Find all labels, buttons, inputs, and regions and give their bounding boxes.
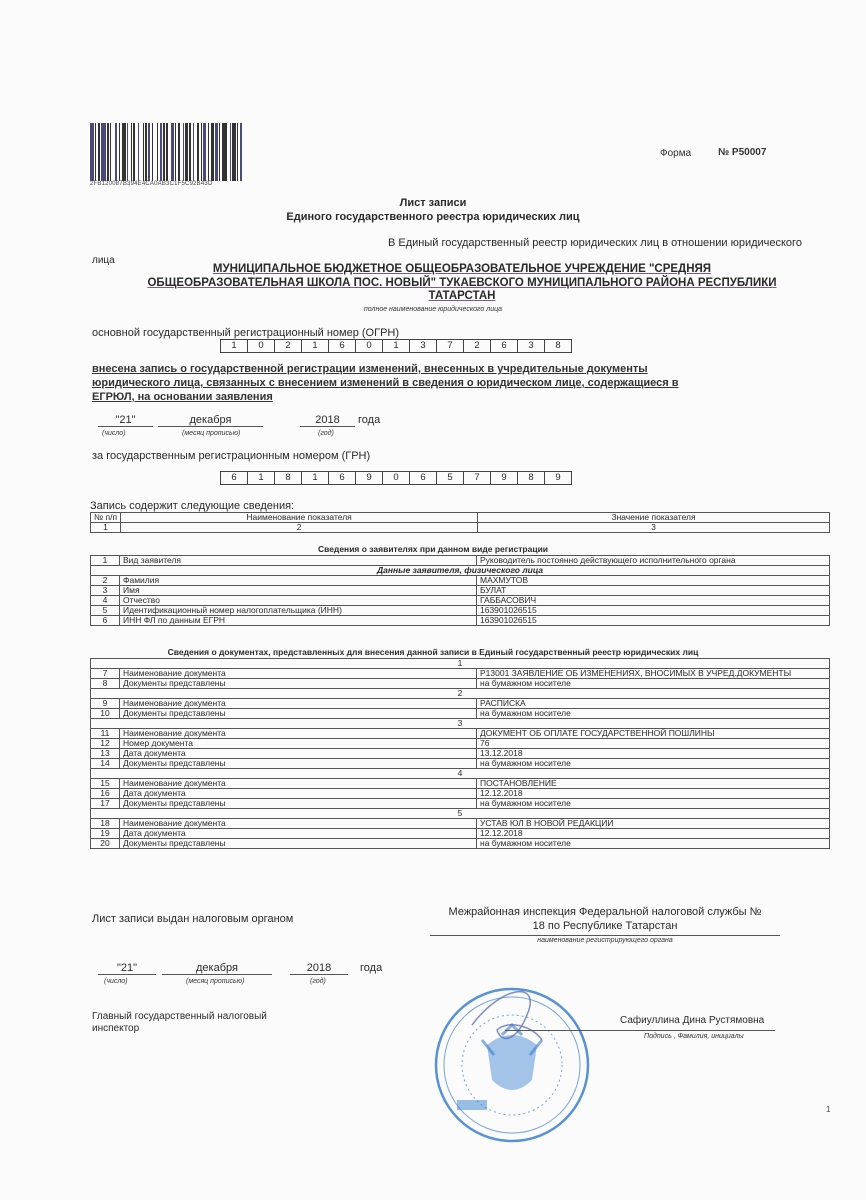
digit-cell: 6 xyxy=(329,340,356,352)
table-row: 19Дата документа12.12.2018 xyxy=(91,829,830,839)
entity-name-caption: полное наименование юридического лица xyxy=(0,306,866,313)
row-value: ДОКУМЕНТ ОБ ОПЛАТЕ ГОСУДАРСТВЕННОЙ ПОШЛИ… xyxy=(477,729,830,739)
digit-cell: 6 xyxy=(491,340,518,352)
row-number: 13 xyxy=(91,749,120,759)
registration-statement: внесена запись о государственной регистр… xyxy=(92,362,752,404)
row-name: Документы представлены xyxy=(120,759,477,769)
digit-cell: 1 xyxy=(221,340,248,352)
digit-cell: 7 xyxy=(464,472,491,484)
signatory-name: Сафиуллина Дина Рустямовна xyxy=(620,1015,764,1026)
row-name: Имя xyxy=(120,586,477,596)
header-table: № п/п Наименование показателя Значение п… xyxy=(90,512,830,533)
digit-cell: 6 xyxy=(329,472,356,484)
table-row: 10Документы представленына бумажном носи… xyxy=(91,709,830,719)
row-name: Наименование документа xyxy=(120,699,477,709)
row-name: Документы представлены xyxy=(120,709,477,719)
row-value: 12.12.2018 xyxy=(477,789,830,799)
issued-by-label: Лист записи выдан налоговым органом xyxy=(92,913,293,925)
issue-month: декабря xyxy=(162,962,272,975)
row-name: Дата документа xyxy=(120,829,477,839)
table-row: 2ФамилияМАХМУТОВ xyxy=(91,576,830,586)
table-row: 16Дата документа12.12.2018 xyxy=(91,789,830,799)
row-value: 13.12.2018 xyxy=(477,749,830,759)
col-name-index: 2 xyxy=(121,523,478,533)
table-row: 17Документы представленына бумажном носи… xyxy=(91,799,830,809)
document-subtitle: Единого государственного реестра юридиче… xyxy=(0,211,866,223)
row-name: Наименование документа xyxy=(120,729,477,739)
form-number: № Р50007 xyxy=(718,147,766,158)
year-caption: (год) xyxy=(318,430,334,437)
row-number: 17 xyxy=(91,799,120,809)
group-row: 3 xyxy=(91,719,830,729)
document-group-number: 5 xyxy=(91,809,830,819)
table-row: 14Документы представленына бумажном носи… xyxy=(91,759,830,769)
row-number: 14 xyxy=(91,759,120,769)
table-row: 3ИмяБУЛАТ xyxy=(91,586,830,596)
row-number: 19 xyxy=(91,829,120,839)
row-number: 3 xyxy=(91,586,120,596)
statement-line3: ЕГРЮЛ, на основании заявления xyxy=(92,390,752,404)
row-number: 1 xyxy=(91,556,120,566)
grn-digits: 6181690657989 xyxy=(220,471,572,485)
digit-cell: 8 xyxy=(518,472,545,484)
intro-text: В Единый государственный реестр юридичес… xyxy=(388,237,802,249)
record-year-suffix: года xyxy=(358,414,380,426)
authority-line2: 18 по Республике Татарстан xyxy=(430,919,780,933)
document-group-number: 1 xyxy=(91,659,830,669)
row-name: ИНН ФЛ по данным ЕГРН xyxy=(120,616,477,626)
row-value: на бумажном носителе xyxy=(477,839,830,849)
month-caption: (месяц прописью) xyxy=(182,430,240,437)
statement-line1: внесена запись о государственной регистр… xyxy=(92,362,752,376)
signature-caption: Подпись , Фамилия, инициалы xyxy=(644,1033,744,1040)
group-row: 4 xyxy=(91,769,830,779)
row-name: Наименование документа xyxy=(120,779,477,789)
col-number-index: 1 xyxy=(91,523,121,533)
digit-cell: 1 xyxy=(302,340,329,352)
digit-cell: 7 xyxy=(437,340,464,352)
applicants-section-title: Сведения о заявителях при данном виде ре… xyxy=(0,544,866,554)
row-value: 12.12.2018 xyxy=(477,829,830,839)
digit-cell: 3 xyxy=(410,340,437,352)
table-row: 8Документы представленына бумажном носит… xyxy=(91,679,830,689)
row-value: на бумажном носителе xyxy=(477,759,830,769)
table-row: 11Наименование документаДОКУМЕНТ ОБ ОПЛА… xyxy=(91,729,830,739)
row-name: Отчество xyxy=(120,596,477,606)
entity-name-line3: ТАТАРСТАН xyxy=(429,290,496,302)
row-number: 4 xyxy=(91,596,120,606)
ogrn-digits: 1021601372638 xyxy=(220,339,572,353)
digit-cell: 9 xyxy=(491,472,518,484)
record-month: декабря xyxy=(158,414,263,427)
row-name: Идентификационный номер налогоплательщик… xyxy=(120,606,477,616)
digit-cell: 2 xyxy=(275,340,302,352)
grn-label: за государственным регистрационным номер… xyxy=(92,450,370,462)
issue-month-caption: (месяц прописью) xyxy=(186,978,244,985)
entity-name: МУНИЦИПАЛЬНОЕ БЮДЖЕТНОЕ ОБЩЕОБРАЗОВАТЕЛЬ… xyxy=(92,263,832,304)
row-name: Номер документа xyxy=(120,739,477,749)
row-value: МАХМУТОВ xyxy=(477,576,830,586)
row-number: 5 xyxy=(91,606,120,616)
document-title: Лист записи xyxy=(0,197,866,209)
digit-cell: 0 xyxy=(248,340,275,352)
digit-cell: 1 xyxy=(248,472,275,484)
group-row: 5 xyxy=(91,809,830,819)
row-number: 11 xyxy=(91,729,120,739)
inspector-title: Главный государственный налоговый инспек… xyxy=(92,1011,292,1035)
row-number: 7 xyxy=(91,669,120,679)
row-value: ПОСТАНОВЛЕНИЕ xyxy=(477,779,830,789)
row-number: 18 xyxy=(91,819,120,829)
row-name: Дата документа xyxy=(120,789,477,799)
group-row: 1 xyxy=(91,659,830,669)
row-name: Фамилия xyxy=(120,576,477,586)
barcode xyxy=(90,123,285,181)
issue-year-suffix: года xyxy=(360,962,382,974)
digit-cell: 9 xyxy=(545,472,571,484)
barcode-module xyxy=(240,123,241,181)
digit-cell: 1 xyxy=(302,472,329,484)
row-name: Наименование документа xyxy=(120,669,477,679)
row-value: на бумажном носителе xyxy=(477,679,830,689)
digit-cell: 6 xyxy=(410,472,437,484)
digit-cell: 8 xyxy=(545,340,571,352)
record-year: 2018 xyxy=(300,414,355,427)
signature-line xyxy=(505,1030,775,1031)
day-caption: (число) xyxy=(102,430,126,437)
record-day: "21" xyxy=(98,414,153,427)
digit-cell: 6 xyxy=(221,472,248,484)
row-value: на бумажном носителе xyxy=(477,799,830,809)
digit-cell: 0 xyxy=(356,340,383,352)
row-value: 76 xyxy=(477,739,830,749)
row-number: 2 xyxy=(91,576,120,586)
row-number: 20 xyxy=(91,839,120,849)
table-row: 7Наименование документаР13001 ЗАЯВЛЕНИЕ … xyxy=(91,669,830,679)
ogrn-label: основной государственный регистрационный… xyxy=(92,327,399,339)
table-row: 9Наименование документаРАСПИСКА xyxy=(91,699,830,709)
official-stamp-icon xyxy=(432,985,592,1145)
table-row: 1Вид заявителяРуководитель постоянно дей… xyxy=(91,556,830,566)
barcode-code: 2FB120087B394E4CA0AB3C1F5C92B43D xyxy=(90,181,212,187)
group-row: Данные заявителя, физического лица xyxy=(91,566,830,576)
document-group-number: 2 xyxy=(91,689,830,699)
authority-line1: Межрайонная инспекция Федеральной налого… xyxy=(430,905,780,919)
form-label: Форма xyxy=(660,148,691,159)
table-row: 15Наименование документаПОСТАНОВЛЕНИЕ xyxy=(91,779,830,789)
documents-table: 17Наименование документаР13001 ЗАЯВЛЕНИЕ… xyxy=(90,658,830,849)
issue-year: 2018 xyxy=(290,962,348,975)
registering-authority: Межрайонная инспекция Федеральной налого… xyxy=(430,905,780,936)
table-intro: Запись содержит следующие сведения: xyxy=(90,500,294,512)
authority-caption: наименование регистрирующего органа xyxy=(430,937,780,944)
issue-year-caption: (год) xyxy=(310,978,326,985)
row-name: Документы представлены xyxy=(120,679,477,689)
row-number: 12 xyxy=(91,739,120,749)
table-row: 6ИНН ФЛ по данным ЕГРН163901026515 xyxy=(91,616,830,626)
col-number-header: № п/п xyxy=(91,513,121,523)
row-number: 15 xyxy=(91,779,120,789)
entity-name-line2: ОБЩЕОБРАЗОВАТЕЛЬНАЯ ШКОЛА ПОС. НОВЫЙ" ТУ… xyxy=(147,277,776,289)
row-name: Вид заявителя xyxy=(120,556,477,566)
digit-cell: 0 xyxy=(383,472,410,484)
document-group-number: 3 xyxy=(91,719,830,729)
documents-section-title: Сведения о документах, представленных дл… xyxy=(0,647,866,657)
table-row: 5Идентификационный номер налогоплательщи… xyxy=(91,606,830,616)
row-value: на бумажном носителе xyxy=(477,709,830,719)
col-name-header: Наименование показателя xyxy=(121,513,478,523)
digit-cell: 5 xyxy=(437,472,464,484)
row-number: 8 xyxy=(91,679,120,689)
row-number: 10 xyxy=(91,709,120,719)
row-value: Р13001 ЗАЯВЛЕНИЕ ОБ ИЗМЕНЕНИЯХ, ВНОСИМЫХ… xyxy=(477,669,830,679)
digit-cell: 2 xyxy=(464,340,491,352)
group-row: 2 xyxy=(91,689,830,699)
row-value: БУЛАТ xyxy=(477,586,830,596)
issue-day: "21" xyxy=(98,962,156,975)
digit-cell: 9 xyxy=(356,472,383,484)
page-number: 1 xyxy=(826,1105,830,1114)
digit-cell: 1 xyxy=(383,340,410,352)
table-row: 4ОтчествоГАББАСОВИЧ xyxy=(91,596,830,606)
row-number: 6 xyxy=(91,616,120,626)
statement-line2: юридического лица, связанных с внесением… xyxy=(92,376,752,390)
digit-cell: 3 xyxy=(518,340,545,352)
row-name: Наименование документа xyxy=(120,819,477,829)
row-value: ГАББАСОВИЧ xyxy=(477,596,830,606)
row-value: Руководитель постоянно действующего испо… xyxy=(477,556,830,566)
row-number: 16 xyxy=(91,789,120,799)
digit-cell: 8 xyxy=(275,472,302,484)
table-row: 18Наименование документаУСТАВ ЮЛ В НОВОЙ… xyxy=(91,819,830,829)
row-value: 163901026515 xyxy=(477,606,830,616)
issue-day-caption: (число) xyxy=(104,978,128,985)
table-row: 20Документы представленына бумажном носи… xyxy=(91,839,830,849)
entity-name-line1: МУНИЦИПАЛЬНОЕ БЮДЖЕТНОЕ ОБЩЕОБРАЗОВАТЕЛЬ… xyxy=(213,263,711,275)
applicant-subheader: Данные заявителя, физического лица xyxy=(91,566,830,576)
table-row: 13Дата документа13.12.2018 xyxy=(91,749,830,759)
applicants-table: 1Вид заявителяРуководитель постоянно дей… xyxy=(90,555,830,626)
row-value: 163901026515 xyxy=(477,616,830,626)
document-group-number: 4 xyxy=(91,769,830,779)
col-value-header: Значение показателя xyxy=(478,513,830,523)
row-name: Документы представлены xyxy=(120,799,477,809)
row-value: УСТАВ ЮЛ В НОВОЙ РЕДАКЦИИ xyxy=(477,819,830,829)
row-name: Дата документа xyxy=(120,749,477,759)
row-value: РАСПИСКА xyxy=(477,699,830,709)
row-name: Документы представлены xyxy=(120,839,477,849)
col-value-index: 3 xyxy=(478,523,830,533)
table-row: 12Номер документа76 xyxy=(91,739,830,749)
row-number: 9 xyxy=(91,699,120,709)
